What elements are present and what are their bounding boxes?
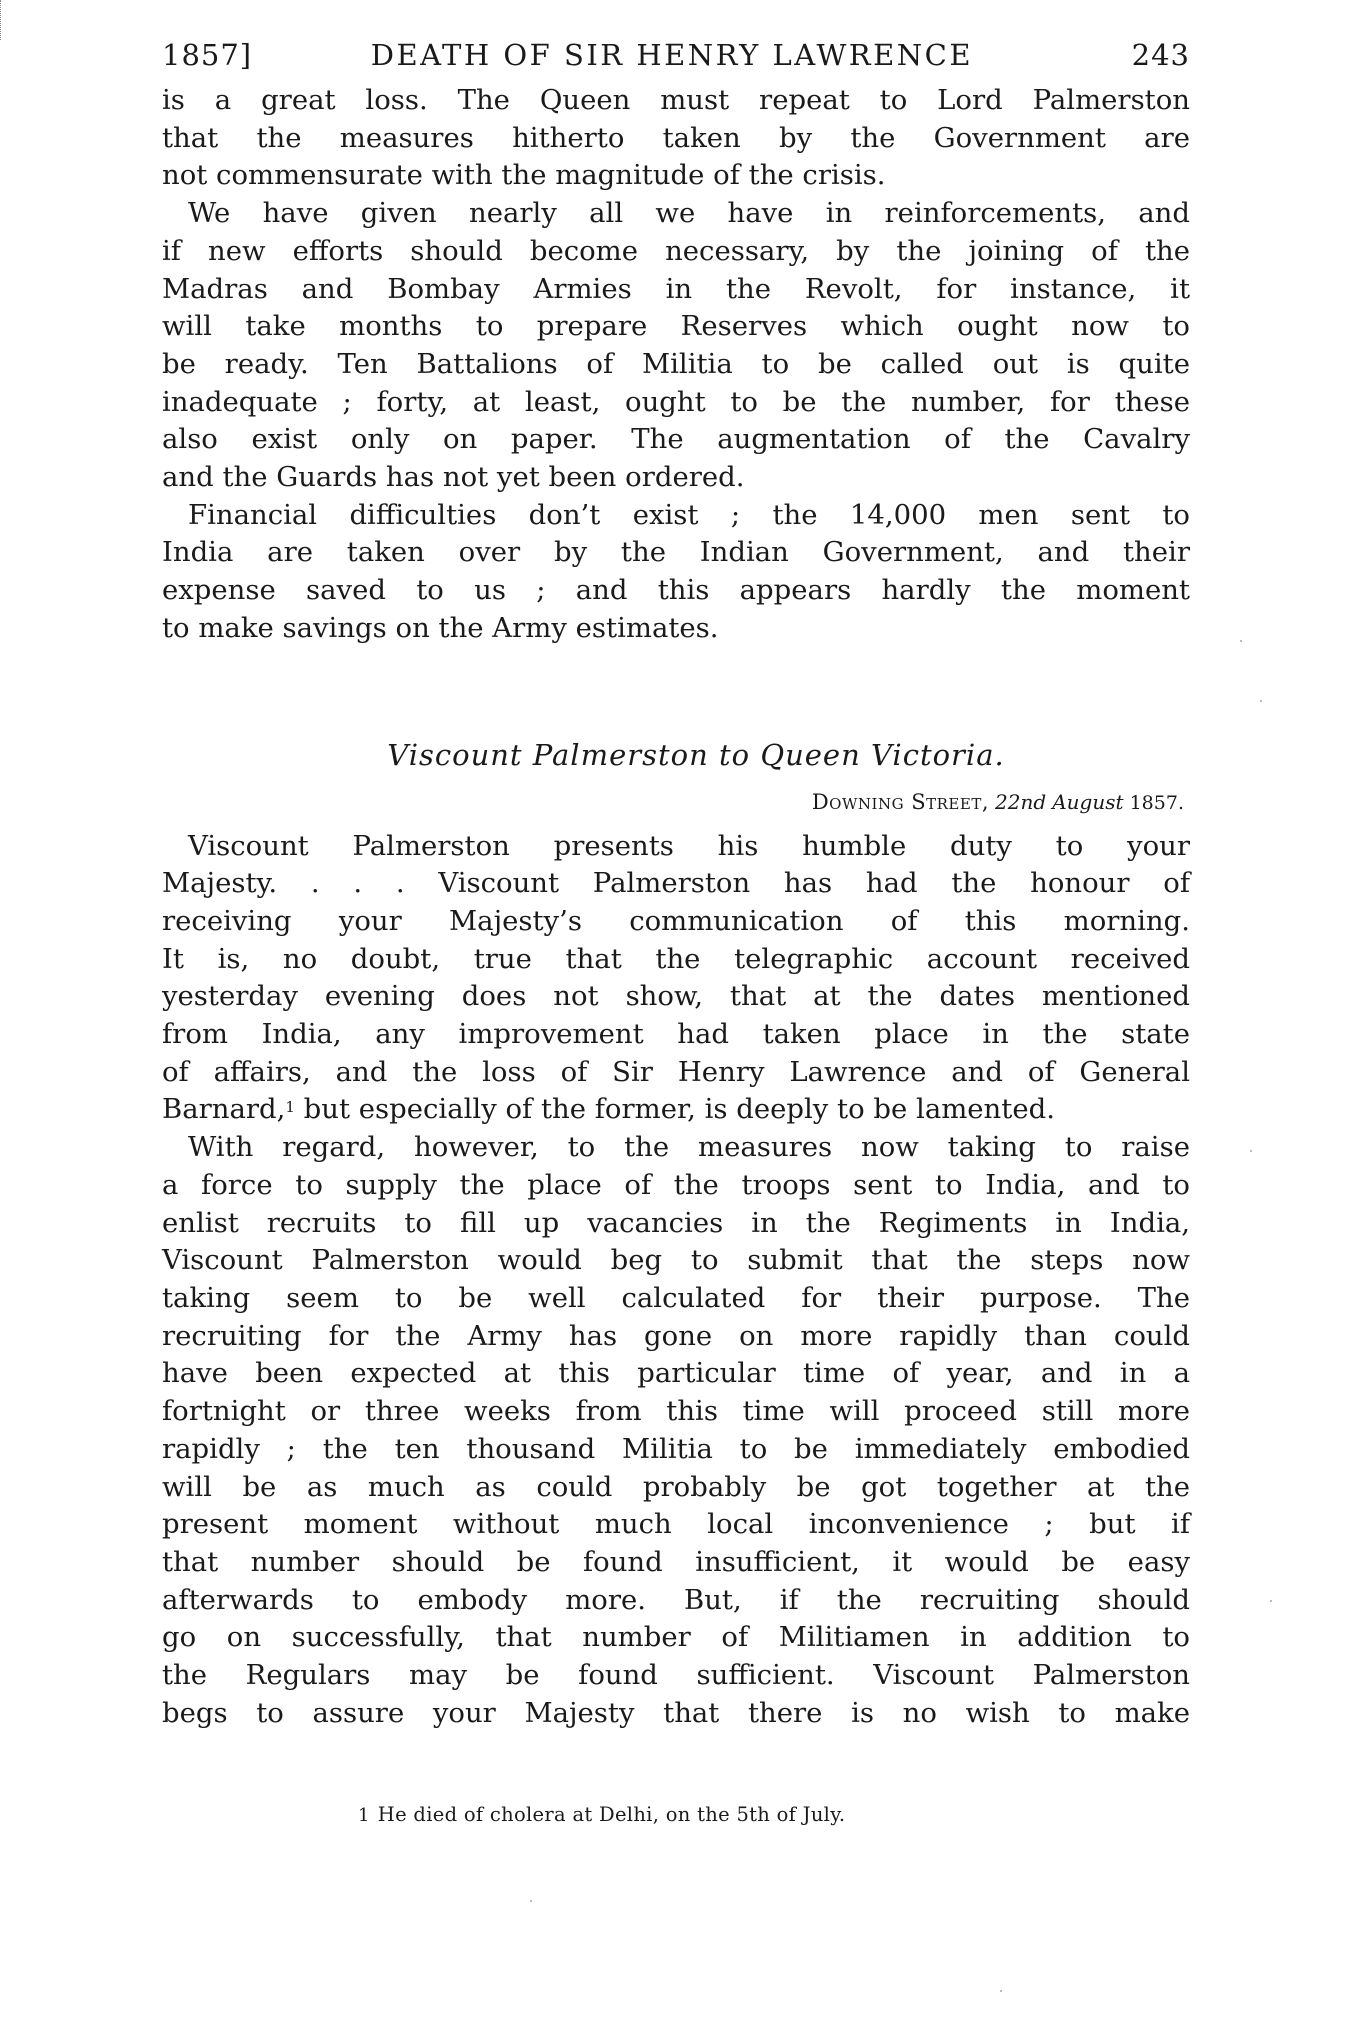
text-line: from India, any improvement had taken pl… [162, 1016, 1190, 1054]
text-line: if new efforts should become necessary, … [162, 233, 1190, 271]
text-fragment: Barnard, [162, 1093, 285, 1125]
text-line: It is, no doubt, true that the telegraph… [162, 941, 1190, 979]
paragraph: With regard, however, to the measures no… [162, 1129, 1190, 1732]
footnote-text: He died of cholera at Delhi, on the 5th … [378, 1803, 846, 1826]
text-line: Viscount Palmerston presents his humble … [162, 828, 1190, 866]
running-head-year: 1857] [162, 38, 252, 72]
text-line: Majesty. . . . Viscount Palmerston has h… [162, 865, 1190, 903]
text-line: and the Guards has not yet been ordered. [162, 459, 1190, 497]
paragraph: We have given nearly all we have in rein… [162, 195, 1190, 497]
paragraph: Financial difficulties don’t exist ; the… [162, 497, 1190, 648]
running-head: 1857] DEATH OF SIR HENRY LAWRENCE 243 [162, 38, 1190, 82]
text-line: inadequate ; forty, at least, ought to b… [162, 384, 1190, 422]
text-line: will take months to prepare Reserves whi… [162, 308, 1190, 346]
text-line: that number should be found insufficient… [162, 1544, 1190, 1582]
scan-edge-mark [0, 0, 3, 40]
paragraph: is a great loss. The Queen must repeat t… [162, 82, 1190, 195]
paragraph: Viscount Palmerston presents his humble … [162, 828, 1190, 1130]
letter-title: Viscount Palmerston to Queen Victoria. [162, 738, 1190, 772]
dateline-month: August [1052, 790, 1123, 814]
dateline: Downing Street, 22nd August 1857. [162, 790, 1190, 814]
text-line: Barnard,1 but especially of the former, … [162, 1091, 1190, 1129]
text-line: also exist only on paper. The augmentati… [162, 421, 1190, 459]
text-line: have been expected at this particular ti… [162, 1355, 1190, 1393]
scan-speck [1260, 700, 1262, 702]
text-line: enlist recruits to fill up vacancies in … [162, 1205, 1190, 1243]
text-line: present moment without much local inconv… [162, 1506, 1190, 1544]
text-line: be ready. Ten Battalions of Militia to b… [162, 346, 1190, 384]
scan-speck [1250, 1150, 1252, 1152]
continued-letter: is a great loss. The Queen must repeat t… [162, 82, 1190, 648]
text-line: that the measures hitherto taken by the … [162, 120, 1190, 158]
text-line: With regard, however, to the measures no… [162, 1129, 1190, 1167]
scan-speck [530, 1900, 532, 1902]
footnote-mark: 1 [358, 1805, 370, 1826]
dateline-place: Downing Street, [812, 790, 989, 814]
text-line: India are taken over by the Indian Gover… [162, 534, 1190, 572]
text-line: fortnight or three weeks from this time … [162, 1393, 1190, 1431]
dateline-year: 1857. [1130, 792, 1184, 814]
text-fragment: but especially of the former, is deeply … [295, 1093, 1055, 1125]
text-line: go on successfully, that number of Milit… [162, 1619, 1190, 1657]
text-line: to make savings on the Army estimates. [162, 610, 1190, 648]
text-line: expense saved to us ; and this appears h… [162, 572, 1190, 610]
footnote: 1He died of cholera at Delhi, on the 5th… [358, 1803, 845, 1826]
text-line: afterwards to embody more. But, if the r… [162, 1582, 1190, 1620]
text-line: recruiting for the Army has gone on more… [162, 1318, 1190, 1356]
text-line: rapidly ; the ten thousand Militia to be… [162, 1431, 1190, 1469]
text-line: a force to supply the place of the troop… [162, 1167, 1190, 1205]
running-head-title: DEATH OF SIR HENRY LAWRENCE [252, 38, 1132, 72]
page-number: 243 [1132, 38, 1190, 72]
text-line: of affairs, and the loss of Sir Henry La… [162, 1054, 1190, 1092]
scan-speck [1270, 1600, 1272, 1602]
scan-speck [1000, 1990, 1002, 1992]
text-line: taking seem to be well calculated for th… [162, 1280, 1190, 1318]
letter-body: Viscount Palmerston presents his humble … [162, 828, 1190, 1733]
text-line: Financial difficulties don’t exist ; the… [162, 497, 1190, 535]
text-line: We have given nearly all we have in rein… [162, 195, 1190, 233]
text-line: Viscount Palmerston would beg to submit … [162, 1242, 1190, 1280]
text-line: is a great loss. The Queen must repeat t… [162, 82, 1190, 120]
text-line: receiving your Majesty’s communication o… [162, 903, 1190, 941]
dateline-day: 22nd [995, 790, 1046, 814]
footnote-reference[interactable]: 1 [285, 1098, 295, 1116]
text-line: begs to assure your Majesty that there i… [162, 1695, 1190, 1733]
text-line: not commensurate with the magnitude of t… [162, 157, 1190, 195]
scan-speck [1240, 640, 1242, 642]
book-page: 1857] DEATH OF SIR HENRY LAWRENCE 243 is… [162, 38, 1190, 1732]
text-line: will be as much as could probably be got… [162, 1469, 1190, 1507]
text-line: Madras and Bombay Armies in the Revolt, … [162, 271, 1190, 309]
text-line: yesterday evening does not show, that at… [162, 978, 1190, 1016]
text-line: the Regulars may be found sufficient. Vi… [162, 1657, 1190, 1695]
